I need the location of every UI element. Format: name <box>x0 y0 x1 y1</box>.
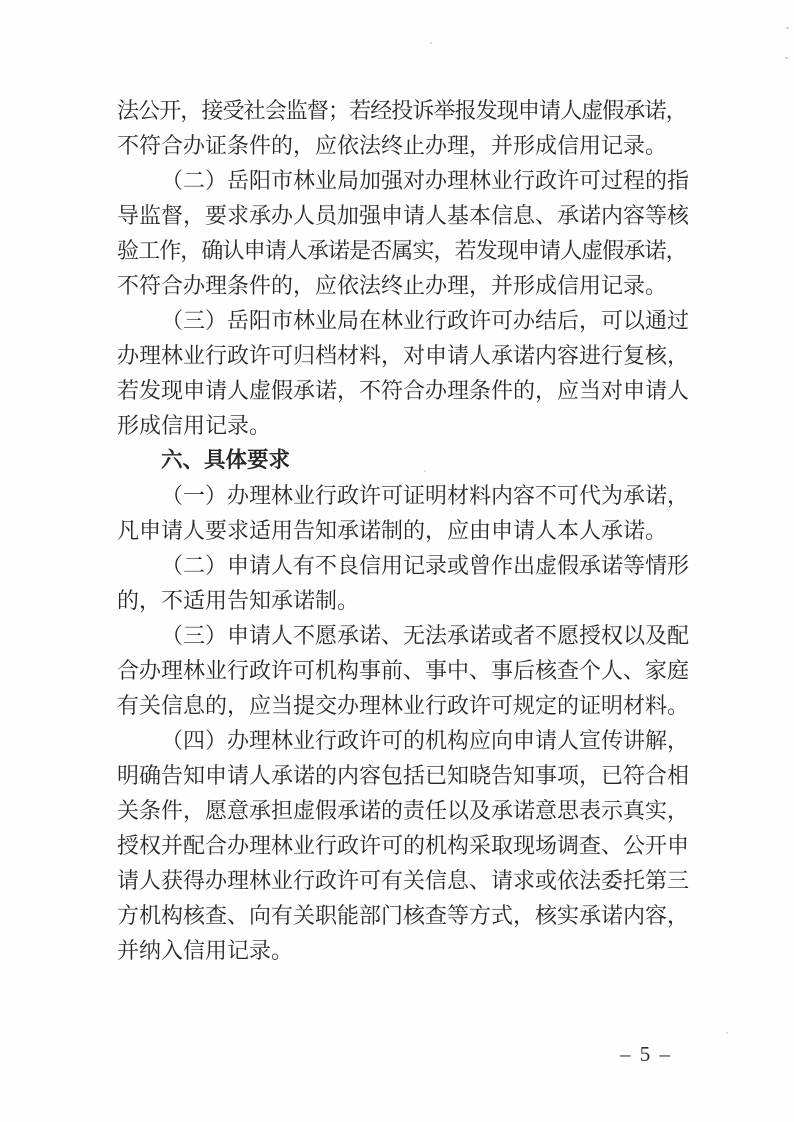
document-line: 关条件，愿意承担虚假承诺的责任以及承诺意思表示真实， <box>117 793 691 828</box>
document-line: 办理林业行政许可归档材料，对申请人承诺内容进行复核， <box>117 338 691 373</box>
document-line: 合办理林业行政许可机构事前、事中、事后核查个人、家庭 <box>117 653 691 688</box>
document-line: 的，不适用告知承诺制。 <box>117 583 691 618</box>
document-line: 形成信用记录。 <box>117 408 691 443</box>
document-line: 不符合办理条件的，应依法终止办理，并形成信用记录。 <box>117 268 691 303</box>
document-line: （二）岳阳市林业局加强对办理林业行政许可过程的指 <box>117 163 691 198</box>
document-body: 法公开，接受社会监督；若经投诉举报发现申请人虚假承诺，不符合办证条件的，应依法终… <box>117 93 691 968</box>
document-line: 请人获得办理林业行政许可有关信息、请求或依法委托第三 <box>117 863 691 898</box>
document-line: 明确告知申请人承诺的内容包括已知晓告知事项，已符合相 <box>117 758 691 793</box>
document-line: 导监督，要求承办人员加强申请人基本信息、承诺内容等核 <box>117 198 691 233</box>
scan-speck <box>785 57 788 59</box>
document-line: 有关信息的，应当提交办理林业行政许可规定的证明材料。 <box>117 688 691 723</box>
document-page: 法公开，接受社会监督；若经投诉举报发现申请人虚假承诺，不符合办证条件的，应依法终… <box>0 0 794 1122</box>
document-line: （二）申请人有不良信用记录或曾作出虚假承诺等情形 <box>117 548 691 583</box>
document-line: 若发现申请人虚假承诺，不符合办理条件的，应当对申请人 <box>117 373 691 408</box>
document-line: 并纳入信用记录。 <box>117 933 691 968</box>
scan-speck <box>786 27 789 29</box>
document-line: （四）办理林业行政许可的机构应向申请人宣传讲解， <box>117 723 691 758</box>
document-line: 方机构核查、向有关职能部门核查等方式，核实承诺内容， <box>117 898 691 933</box>
document-line: 验工作，确认申请人承诺是否属实，若发现申请人虚假承诺， <box>117 233 691 268</box>
document-line: （三）申请人不愿承诺、无法承诺或者不愿授权以及配 <box>117 618 691 653</box>
scan-speck <box>483 852 485 854</box>
page-number: – 5 – <box>620 1042 672 1067</box>
document-line: （一）办理林业行政许可证明材料内容不可代为承诺， <box>117 478 691 513</box>
document-line: 凡申请人要求适用告知承诺制的，应由申请人本人承诺。 <box>117 513 691 548</box>
document-line: 不符合办证条件的，应依法终止办理，并形成信用记录。 <box>117 128 691 163</box>
document-line: 授权并配合办理林业行政许可的机构采取现场调查、公开申 <box>117 828 691 863</box>
scan-speck <box>726 1032 728 1034</box>
section-heading: 六、具体要求 <box>117 443 691 478</box>
document-line: 法公开，接受社会监督；若经投诉举报发现申请人虚假承诺， <box>117 93 691 128</box>
scan-speck <box>430 42 432 44</box>
scan-speck <box>424 470 426 472</box>
document-line: （三）岳阳市林业局在林业行政许可办结后，可以通过 <box>117 303 691 338</box>
